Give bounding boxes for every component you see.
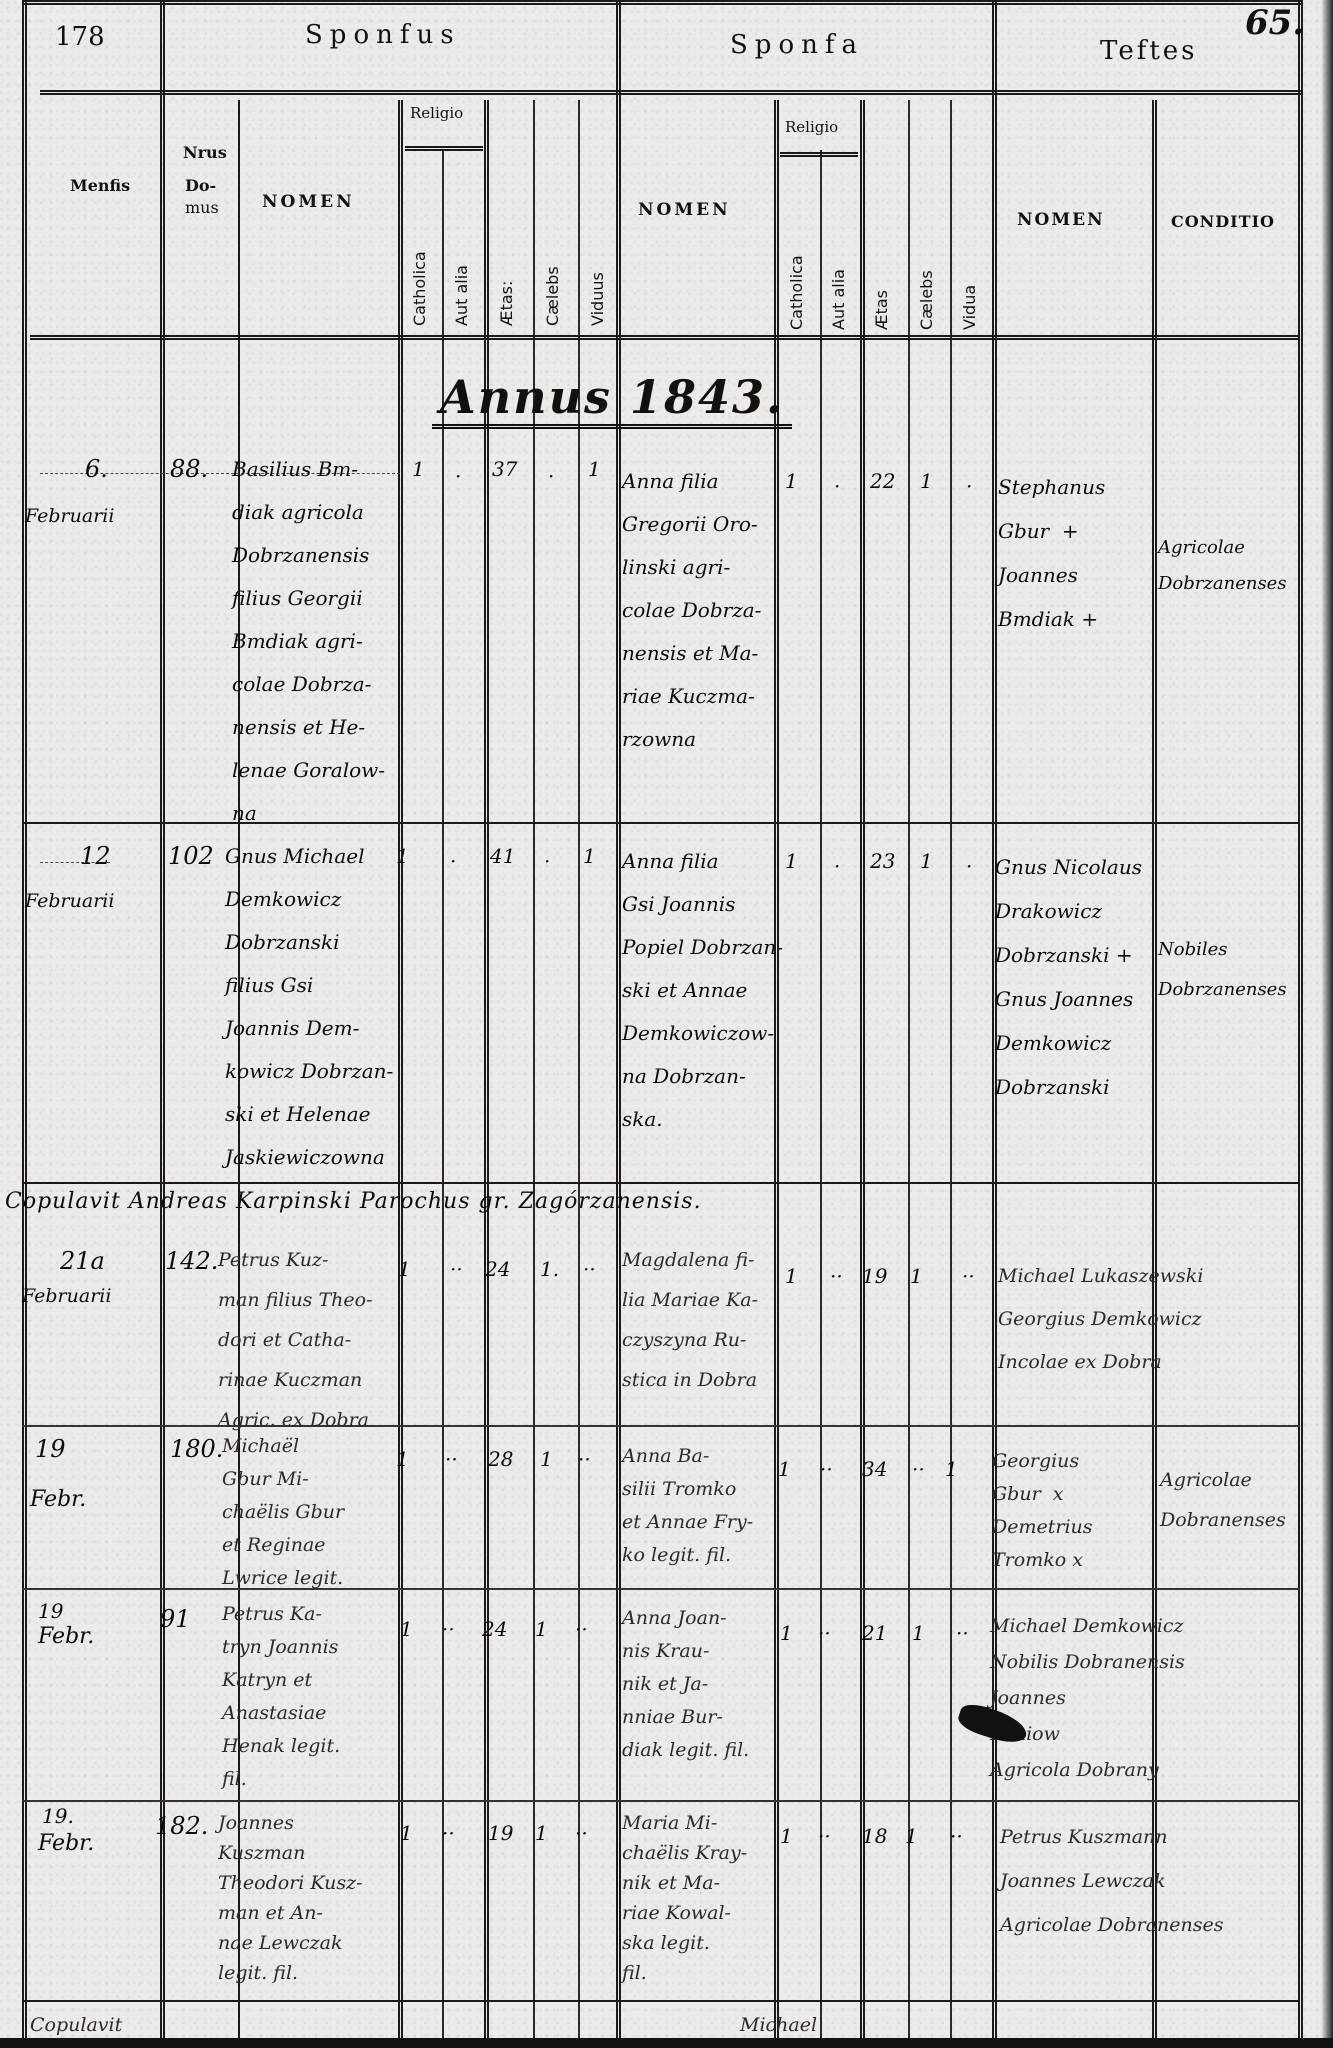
sponsa-catholica: 1	[778, 1448, 791, 1491]
sponsa-name: Anna filia Gregorii Oro- linski agri- co…	[622, 460, 761, 761]
sponsa-vidua: ·	[966, 465, 972, 508]
sponsus-aetas: 28	[488, 1438, 513, 1481]
sponsus-catholica: 1	[396, 835, 409, 878]
entry-month: Februarii	[22, 1275, 111, 1318]
sponsus-catholica: 1	[398, 1248, 411, 1291]
title-testes: Teftes	[1100, 36, 1198, 66]
entry-house: 102	[168, 835, 214, 878]
sponsa-caelebs: ··	[912, 1448, 925, 1491]
sponsus-caelebs: 1	[540, 1438, 553, 1481]
rule-cath2-right	[820, 150, 822, 2040]
col-caelebs-sponsa: Cælebs	[917, 270, 936, 330]
rule-entry1-bottom	[22, 822, 1300, 824]
testes-names: Stephanus Gbur + Joannes Bmdiak +	[998, 465, 1105, 641]
page-number-handwritten: 65.	[1245, 3, 1304, 43]
col-religio-sponsa: Religio	[785, 118, 838, 136]
rule-nomen-right	[398, 100, 403, 2040]
sponsa-catholica: 1	[785, 1255, 798, 1298]
sponsus-viduus: ··	[575, 1608, 588, 1651]
col-conditio: CONDITIO	[1171, 212, 1275, 231]
copulavit-line: Copulavit Andreas Karpinski Parochus gr.…	[5, 1180, 702, 1223]
sponsa-aut-alia: ··	[830, 1255, 843, 1298]
sponsa-vidua: ·	[966, 845, 972, 888]
sponsus-viduus: ··	[583, 1248, 596, 1291]
page-number-printed: 178	[55, 22, 105, 52]
entry-day: 19	[35, 1428, 66, 1471]
entry-month: Februarii	[25, 880, 114, 923]
sponsus-caelebs: ·	[548, 455, 554, 498]
sponsa-aetas: 22	[870, 460, 895, 503]
entry-house: 182.	[155, 1805, 208, 1848]
entry-day: 6.	[85, 448, 108, 491]
sponsa-caelebs: 1	[905, 1815, 918, 1858]
sponsus-name: Michaël Gbur Mi- chaëlis Gbur et Reginae…	[222, 1430, 344, 1595]
sponsa-aetas: 21	[862, 1612, 887, 1655]
col-catholica-sponsus: Catholica	[410, 251, 429, 326]
rule-right-margin	[1298, 0, 1303, 2040]
year-heading: Annus 1843.	[432, 370, 792, 429]
rule-religio2-under	[780, 152, 858, 157]
entry-house: 142.	[165, 1240, 218, 1283]
sponsus-viduus: ··	[575, 1812, 588, 1855]
entry-house: 180.	[170, 1428, 223, 1471]
col-domus-2: mus	[185, 198, 219, 217]
register-page: 178 65. Sponfus Sponfa Teftes Menfis Nru…	[0, 0, 1333, 2048]
sponsus-aetas: 24	[482, 1608, 507, 1651]
sponsa-aetas: 23	[870, 840, 895, 883]
sponsus-catholica: 1	[400, 1608, 413, 1651]
sponsa-vidua: ··	[950, 1815, 963, 1858]
testes-names: Michael Lukaszewski Georgius Demkowicz I…	[998, 1255, 1203, 1384]
sponsa-name: Maria Mi- chaëlis Kray- nik et Ma- riae …	[622, 1808, 747, 1988]
rule-religio2-right	[860, 100, 865, 2040]
rule-top	[22, 0, 1302, 5]
col-vidua: Vidua	[960, 285, 979, 330]
rule-religio-under	[405, 146, 483, 151]
rule-header-bottom	[30, 335, 1300, 340]
rule-entry5-bottom	[22, 1800, 1300, 1802]
sponsa-catholica: 1	[780, 1612, 793, 1655]
sponsa-caelebs: 1	[910, 1255, 923, 1298]
sponsa-caelebs: 1	[912, 1612, 925, 1655]
sponsa-aut-alia: ·	[834, 845, 840, 888]
sponsus-caelebs: 1.	[540, 1248, 559, 1291]
title-sponsus: Sponfus	[305, 20, 461, 50]
rule-under-titles	[40, 90, 1302, 95]
sponsa-caelebs: 1	[920, 460, 933, 503]
scan-edge-shadow	[1321, 0, 1333, 2048]
col-aetas-sponsa: Ætas	[872, 290, 891, 330]
sponsa-vidua: 1	[945, 1448, 958, 1491]
rule-left-margin	[22, 0, 27, 2040]
sponsus-aut-alia: ··	[450, 1248, 463, 1291]
col-nomen-sponsus: NOMEN	[262, 192, 355, 212]
sponsa-aetas: 19	[862, 1255, 887, 1298]
sponsa-catholica: 1	[780, 1815, 793, 1858]
entry-house: 91	[160, 1598, 191, 1641]
rule-cath-right	[442, 150, 444, 2040]
sponsa-name: Magdalena fi- lia Mariae Ka- czyszyna Ru…	[622, 1240, 758, 1400]
testes-names: Gnus Nicolaus Drakowicz Dobrzanski + Gnu…	[995, 845, 1142, 1109]
sponsus-aut-alia: ·	[455, 455, 461, 498]
sponsus-aut-alia: ··	[442, 1608, 455, 1651]
rule-sponsus-right	[616, 0, 621, 2040]
sponsa-aut-alia: ··	[818, 1815, 831, 1858]
sponsus-caelebs: 1	[535, 1608, 548, 1651]
sponsus-name: Gnus Michael Demkowicz Dobrzanski filius…	[225, 835, 393, 1179]
rule-entry4-bottom	[22, 1588, 1300, 1590]
sponsus-aetas: 19	[488, 1812, 513, 1855]
rule-aetas2-right	[908, 100, 910, 2040]
sponsus-aetas: 41	[490, 835, 515, 878]
sponsa-aetas: 34	[862, 1448, 887, 1491]
col-nomen-testes: NOMEN	[1017, 210, 1105, 230]
sponsa-vidua: ··	[956, 1612, 969, 1655]
col-aetas-sponsus: Ætas:	[497, 281, 516, 326]
rule-entry3-bottom	[22, 1425, 1300, 1427]
col-mensis: Menfis	[70, 176, 130, 195]
scan-bottom-edge	[0, 2038, 1333, 2048]
col-catholica-sponsa: Catholica	[787, 255, 806, 330]
sponsa-catholica: 1	[785, 840, 798, 883]
sponsa-name: Anna Ba- silii Tromko et Annae Fry- ko l…	[622, 1440, 753, 1572]
rule-mensis-right	[160, 0, 165, 2040]
rule-caelebs2-right	[950, 100, 952, 2040]
sponsa-name: Anna filia Gsi Joannis Popiel Dobrzan- s…	[622, 840, 783, 1141]
sponsus-viduus: 1	[588, 448, 601, 491]
sponsa-aetas: 18	[862, 1815, 887, 1858]
sponsus-caelebs: ·	[544, 840, 550, 883]
sponsa-aut-alia: ··	[820, 1448, 833, 1491]
testes-names: Michael Demkowicz Nobilis Dobranensis Jo…	[990, 1608, 1185, 1788]
sponsa-caelebs: 1	[920, 840, 933, 883]
sponsus-aut-alia: ·	[450, 840, 456, 883]
col-aut-alia-sponsa: Aut alia	[829, 269, 848, 330]
col-nrus: Nrus	[183, 143, 227, 162]
sponsa-aut-alia: ··	[818, 1612, 831, 1655]
testes-conditio: Agricolae Dobrzanenses	[1158, 530, 1287, 602]
sponsus-aut-alia: ··	[445, 1438, 458, 1481]
col-aut-alia-sponsus: Aut alia	[452, 265, 471, 326]
testes-conditio: Nobiles Dobrzanenses	[1158, 930, 1287, 1010]
sponsa-catholica: 1	[785, 460, 798, 503]
sponsus-viduus: ··	[578, 1438, 591, 1481]
entry-house: 88.	[170, 448, 208, 491]
title-sponsa: Sponfa	[730, 30, 864, 60]
sponsus-name: Basilius Bm- diak agricola Dobrzanensis …	[232, 448, 385, 835]
sponsus-catholica: 1	[400, 1812, 413, 1855]
sponsus-name: Petrus Ka- tryn Joannis Katryn et Anasta…	[222, 1598, 340, 1796]
sponsa-aut-alia: ·	[834, 465, 840, 508]
sponsus-caelebs: 1	[535, 1812, 548, 1855]
testes-conditio: Agricolae Dobranenses	[1160, 1460, 1286, 1540]
col-religio-sponsus: Religio	[410, 104, 463, 122]
col-nomen-sponsa: NOMEN	[638, 200, 731, 220]
sponsus-viduus: 1	[583, 835, 596, 878]
entry-month: Febr.	[38, 1822, 94, 1865]
testes-names: Georgius Gbur x Demetrius Tromko x	[992, 1445, 1093, 1577]
sponsus-catholica: 1	[396, 1438, 409, 1481]
entry-day: 12	[80, 835, 111, 878]
sponsus-aetas: 37	[492, 448, 517, 491]
col-viduus: Viduus	[588, 272, 607, 326]
col-domus-1: Do-	[185, 176, 216, 195]
entry-month: Februarii	[25, 495, 114, 538]
sponsus-catholica: 1	[412, 448, 425, 491]
sponsus-name: Petrus Kuz- man filius Theo- dori et Cat…	[218, 1240, 373, 1440]
entry-month: Febr.	[30, 1478, 86, 1521]
testes-names: Petrus Kuszmann Joannes Lewczak Agricola…	[1000, 1815, 1224, 1947]
sponsus-aetas: 24	[485, 1248, 510, 1291]
entry-month: Febr.	[38, 1615, 94, 1658]
col-caelebs-sponsus: Cælebs	[543, 266, 562, 326]
sponsus-aut-alia: ··	[442, 1812, 455, 1855]
rule-entry6-bottom	[22, 2000, 1300, 2002]
sponsus-name: Joannes Kuszman Theodori Kusz- man et An…	[218, 1808, 363, 1988]
sponsa-vidua: ··	[962, 1255, 975, 1298]
sponsa-name: Anna Joan- nis Krau- nik et Ja- nniae Bu…	[622, 1602, 749, 1767]
